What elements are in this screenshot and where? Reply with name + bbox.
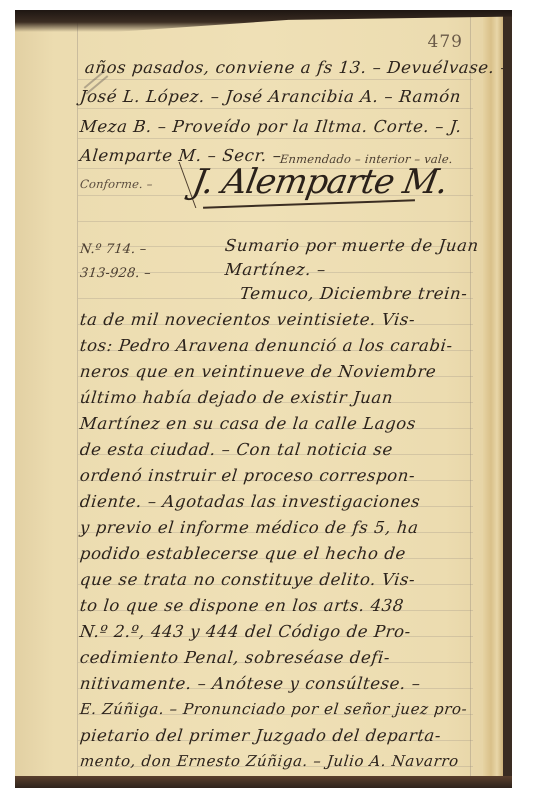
text-line: ordenó instruir el proceso correspon-	[79, 466, 416, 485]
text-line: cedimiento Penal, sobreséase defi-	[79, 648, 391, 667]
rule-line	[78, 108, 473, 109]
page-edge	[483, 14, 503, 777]
text-line: diente. – Agotadas las investigaciones	[79, 492, 421, 511]
text-line: que se trata no constituye delito. Vis-	[79, 570, 416, 589]
text-line: y previo el informe médico de fs 5, ha	[79, 518, 420, 537]
text-line: tos: Pedro Aravena denunció a los carabi…	[79, 336, 454, 355]
rule-line	[78, 79, 473, 80]
entry-title-line-1: Sumario por muerte de Juan	[224, 236, 480, 255]
text-line: último había dejado de existir Juan	[79, 388, 394, 407]
entry-number: N.º 714. –	[79, 242, 147, 257]
text-line: to lo que se dispone en los arts. 438	[79, 596, 405, 615]
ledger-page: 479 años pasados, conviene a fs 13. – De…	[15, 14, 503, 777]
text-line: N.º 2.º, 443 y 444 del Código de Pro-	[79, 622, 412, 641]
text-line: ta de mil novecientos veintisiete. Vis-	[79, 310, 416, 329]
text-line: Temuco, Diciembre trein-	[239, 284, 468, 303]
text-line: años pasados, conviene a fs 13. – Devuél…	[84, 58, 503, 77]
text-line: José L. López. – José Arancibia A. – Ram…	[79, 87, 462, 106]
text-line: pietario del primer Juzgado del departa-	[79, 726, 442, 745]
entry-reference: 313-928. –	[79, 266, 151, 281]
text-line: mento, don Ernesto Zúñiga. – Julio A. Na…	[79, 752, 460, 770]
text-line: podido establecerse que el hecho de	[79, 544, 407, 563]
entry-title-line-2: Martínez. –	[224, 260, 327, 279]
text-line: E. Zúñiga. – Pronunciado por el señor ju…	[79, 700, 468, 718]
text-line: Martínez en su casa de la calle Lagos	[79, 414, 417, 433]
signature: J. Alemparte M.	[189, 162, 450, 202]
page-number: 479	[428, 32, 463, 52]
text-line: neros que en veintinueve de Noviembre	[79, 362, 437, 381]
text-line: Meza B. – Proveído por la Iltma. Corte. …	[79, 117, 463, 136]
text-line: de esta ciudad. – Con tal noticia se	[79, 440, 394, 459]
text-line: nitivamente. – Anótese y consúltese. –	[79, 674, 422, 693]
book-cover-bottom	[15, 776, 512, 788]
conforme-note: Conforme. –	[79, 177, 153, 191]
rule-line	[78, 221, 473, 222]
rule-line	[78, 138, 473, 139]
